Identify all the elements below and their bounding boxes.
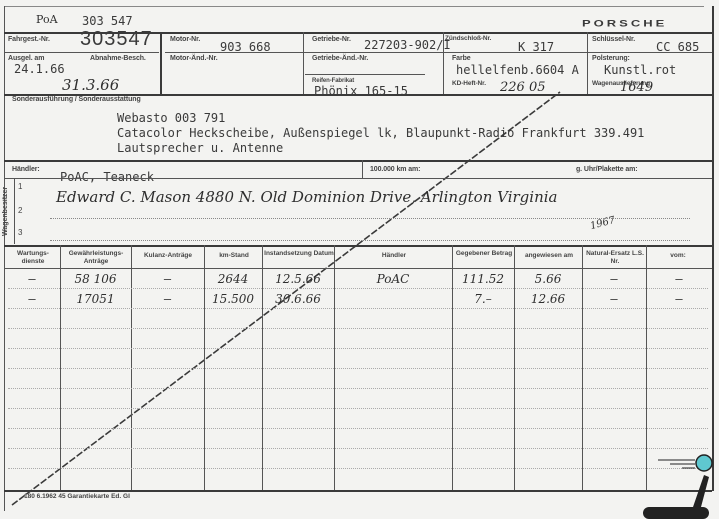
- table-cell: –: [135, 272, 200, 286]
- owner-side-label: Wagenbesitzer: [2, 178, 12, 244]
- divider: [587, 32, 588, 94]
- table-row-line: [8, 308, 708, 310]
- col-header-maintenance: Wartungs-dienste: [6, 250, 60, 266]
- table-row-line: [8, 408, 708, 410]
- owner-row-1-value: Edward C. Mason 4880 N. Old Dominion Dri…: [56, 188, 557, 206]
- owner-row-1-num: 1: [18, 182, 22, 191]
- owner-row-2-num: 2: [18, 206, 22, 215]
- magnifier-logo-icon: [640, 450, 719, 519]
- divider: [4, 160, 712, 162]
- col-header-repair-date: Instandsetzung Datum: [264, 250, 334, 258]
- table-row-line: [8, 348, 708, 350]
- table-cell: –: [8, 292, 56, 306]
- table-row-line: [8, 388, 708, 390]
- key-label: Schlüssel-Nr.: [592, 36, 635, 43]
- table-cell: 30.6.66: [266, 292, 330, 306]
- warranty-card: PoA 303 547 PORSCHE Fahrgest.-Nr. 303547…: [0, 0, 719, 519]
- table-cell: —: [650, 272, 708, 286]
- table-cell: 2644: [208, 272, 258, 286]
- col-header-goodwill: Kulanz-Anträge: [133, 252, 203, 260]
- table-row-line: [8, 428, 708, 430]
- divider: [4, 52, 159, 53]
- owner-dotted-line: [50, 240, 690, 242]
- acceptance-value: 31.3.66: [62, 76, 119, 94]
- table-header-line: [4, 268, 712, 269]
- table-bottom-line: [4, 490, 712, 492]
- left-edge: [4, 6, 5, 511]
- divider: [362, 160, 363, 178]
- divider: [160, 32, 162, 94]
- table-row-line: [8, 468, 708, 470]
- table-cell: –: [8, 272, 56, 286]
- poa-number: 303 547: [82, 14, 133, 28]
- col-header-warranty: Gewährleistungs-Anträge: [62, 250, 130, 266]
- color-label: Farbe: [452, 55, 471, 62]
- table-cell: 111.52: [456, 272, 510, 286]
- table-row-line: [8, 328, 708, 330]
- col-header-replacement: Natural-Ersatz L.S. Nr.: [584, 250, 646, 266]
- gearbox-change-label: Getriebe-Änd.-Nr.: [312, 55, 368, 62]
- chassis-value: 303547: [80, 28, 153, 51]
- porsche-logo: PORSCHE: [582, 18, 667, 29]
- col-header-km: km-Stand: [206, 252, 262, 260]
- table-cell: —: [650, 292, 708, 306]
- right-edge: [712, 6, 714, 491]
- table-row-line: [8, 368, 708, 370]
- special-equipment-line-3: Lautsprecher u. Antenne: [117, 141, 283, 155]
- divider: [4, 178, 712, 179]
- key-value: CC 685: [656, 40, 699, 54]
- divider: [305, 74, 425, 75]
- table-cell: —: [586, 292, 642, 306]
- color-value: hellelfenb.6604 A: [456, 63, 579, 77]
- upholstery-label: Polsterung:: [592, 55, 630, 62]
- issued-label: Ausgel. am: [8, 55, 44, 62]
- owner-dotted-line: [50, 218, 690, 220]
- table-cell: 7.–: [456, 292, 510, 306]
- table-cell: 17051: [64, 292, 127, 306]
- table-row-line: [8, 288, 708, 290]
- chassis-label: Fahrgest.-Nr.: [8, 36, 50, 43]
- divider: [14, 178, 15, 244]
- table-cell: 12.5.66: [266, 272, 330, 286]
- issued-value: 24.1.66: [14, 62, 65, 76]
- clock-label: g. Uhr/Plakette am:: [576, 166, 638, 173]
- table-cell: 5.66: [518, 272, 578, 286]
- dealer-label: Händler:: [12, 166, 40, 173]
- engine-change-label: Motor-Änd.-Nr.: [170, 55, 218, 62]
- table-cell: 58 106: [64, 272, 127, 286]
- poa-prefix: PoA: [36, 13, 58, 26]
- tire-value: Phönix 165-15: [314, 84, 408, 98]
- col-header-from: vom:: [648, 252, 708, 260]
- col-header-amount: Gegebener Betrag: [454, 250, 514, 258]
- km-100000-label: 100.000 km am:: [370, 166, 420, 173]
- upholstery-value: Kunstl.rot: [604, 63, 676, 77]
- table-cell: 15.500: [208, 292, 258, 306]
- special-equipment-line-1: Webasto 003 791: [117, 111, 225, 125]
- acceptance-label: Abnahme-Besch.: [90, 55, 146, 62]
- table-top-line: [4, 245, 712, 247]
- owner-row-3-num: 3: [18, 228, 22, 237]
- gearbox-value: 227203-902/I: [364, 38, 451, 52]
- top-edge: [4, 6, 704, 7]
- delivery-value: 1649: [620, 80, 653, 95]
- table-cell: 12.66: [518, 292, 578, 306]
- footer-print-code: 180 6.1962 45 Garantiekarte Ed. GI: [24, 493, 130, 500]
- engine-value: 903 668: [220, 40, 271, 54]
- ignition-value: K 317: [518, 40, 554, 54]
- table-row-line: [8, 448, 708, 450]
- table-cell: —: [586, 272, 642, 286]
- engine-label: Motor-Nr.: [170, 36, 200, 43]
- special-equipment-line-2: Catacolor Heckscheibe, Außenspiegel lk, …: [117, 126, 644, 140]
- table-cell: –: [135, 292, 200, 306]
- ignition-label: Zündschloß-Nr.: [445, 35, 491, 42]
- special-equipment-label: Sonderausführung / Sonderausstattung: [12, 96, 141, 103]
- table-cell: PoAC: [338, 272, 448, 286]
- kd-value: 226 05: [500, 80, 546, 95]
- dealer-value: PoAC, Teaneck: [60, 170, 154, 184]
- col-header-dealer: Händler: [336, 252, 452, 260]
- col-header-paid-on: angewiesen am: [516, 252, 582, 260]
- divider: [303, 32, 304, 94]
- kd-label: KD-Heft-Nr.: [452, 80, 486, 87]
- gearbox-label: Getriebe-Nr.: [312, 36, 351, 43]
